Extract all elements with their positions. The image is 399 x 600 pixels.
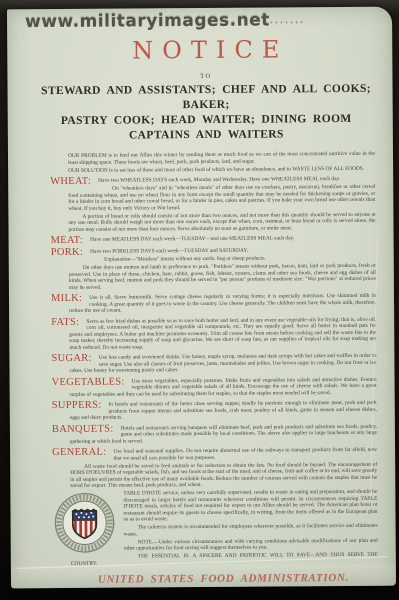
intro-paragraphs: OUR PROBLEM is to feed our Allies this w… bbox=[68, 151, 375, 174]
section-heading: MILK: bbox=[51, 294, 82, 304]
section-heading: FATS: bbox=[51, 317, 79, 327]
notice-section: WHEAT: Have two WHEATLESS DAYS each week… bbox=[68, 176, 375, 233]
section-paragraph: On "wheatless days" and in "wheatless me… bbox=[68, 184, 375, 212]
addressee-line: PASTRY COOK; HEAD WAITER; DINING ROOM bbox=[34, 112, 379, 129]
section-body: Use local and seasonal supplies. Do not … bbox=[70, 447, 378, 567]
us-food-administration-seal-icon bbox=[53, 492, 115, 554]
section-paragraph: In hotels and restaurants of the better … bbox=[70, 400, 377, 422]
section-body: Use it all. Serve buttermilk. Serve cott… bbox=[69, 293, 376, 315]
section-heading: VEGETABLES: bbox=[52, 377, 125, 388]
section-paragraph: A portion of bread or rolls should consi… bbox=[68, 211, 375, 233]
notice-section: GENERAL: Use local and seasonal supplies… bbox=[70, 447, 378, 567]
to-label: TO bbox=[33, 72, 378, 81]
notice-section: SUPPERS: In hotels and restaurants of th… bbox=[70, 400, 377, 422]
section-body: Have one MEATLESS DAY each week—TUESDAY—… bbox=[69, 235, 376, 245]
section-body: Use less candy and sweetened drinks. Use… bbox=[69, 353, 376, 375]
section-paragraph: All waste food should be saved to feed a… bbox=[70, 461, 377, 489]
section-paragraph: On other days use mutton and lamb in pre… bbox=[69, 263, 376, 291]
notice-sections: WHEAT: Have two WHEATLESS DAYS each week… bbox=[34, 176, 382, 567]
section-paragraph: Use local and seasonal supplies. Do not … bbox=[70, 447, 377, 462]
notice-section: PORK: Have two PORKLESS DAYS each week—T… bbox=[69, 247, 376, 291]
section-body: Hotels and restaurants serving banquets … bbox=[70, 423, 377, 445]
section-body: In hotels and restaurants of the better … bbox=[70, 400, 377, 422]
section-heading: BANQUETS: bbox=[52, 424, 114, 434]
intro-solution: OUR SOLUTION is to eat less of these and… bbox=[68, 165, 375, 174]
section-paragraph: Use less candy and sweetened drinks. Use… bbox=[69, 353, 376, 375]
section-paragraph: Hotels and restaurants serving banquets … bbox=[70, 423, 377, 445]
section-paragraph: NOTE.—Under various circumstances and wi… bbox=[71, 537, 378, 552]
notice-section: VEGETABLES: Use more vegetables, especia… bbox=[70, 376, 377, 398]
section-body: Have two PORKLESS DAYS each week—TUESDAY… bbox=[69, 247, 376, 291]
section-paragraph: Have one MEATLESS DAY each week—TUESDAY—… bbox=[69, 235, 376, 244]
section-paragraph: Use it all. Serve buttermilk. Serve cott… bbox=[69, 293, 376, 315]
notice-section: MEAT: Have one MEATLESS DAY each week—TU… bbox=[69, 235, 376, 245]
addressee-line: STEWARD AND ASSISTANTS; CHEF AND ALL COO… bbox=[34, 82, 379, 114]
notice-section: MILK: Use it all. Serve buttermilk. Serv… bbox=[69, 293, 376, 315]
section-heading: MEAT: bbox=[51, 236, 84, 246]
notice-section: BANQUETS: Hotels and restaurants serving… bbox=[70, 423, 377, 445]
section-body: Have two WHEATLESS DAYS each week, Monda… bbox=[68, 176, 375, 233]
watermark: www.militaryimages.net....... bbox=[25, 10, 305, 32]
watermark-trail: ....... bbox=[270, 16, 305, 25]
section-heading: WHEAT: bbox=[50, 177, 91, 187]
paper-fold-bottom bbox=[11, 564, 396, 589]
section-paragraph: Serve as few fried dishes as possible so… bbox=[69, 316, 376, 351]
addressee-line: CAPTAINS AND WAITERS bbox=[34, 127, 379, 144]
section-heading: SUGAR: bbox=[51, 354, 91, 364]
addressee-heading: STEWARD AND ASSISTANTS; CHEF AND ALL COO… bbox=[34, 82, 379, 144]
poster-title: NOTICE bbox=[33, 35, 378, 65]
notice-section: SUGAR: Use less candy and sweetened drin… bbox=[69, 353, 376, 375]
notice-poster: www.militaryimages.net....... NOTICE TO … bbox=[7, 7, 396, 589]
section-paragraph: TABLE D'HOTE service, unless very carefu… bbox=[70, 489, 377, 524]
section-heading: SUPPERS: bbox=[52, 401, 102, 411]
section-heading: GENERAL: bbox=[52, 448, 106, 458]
section-paragraph: The cafeteria system is recommended for … bbox=[71, 523, 378, 538]
section-heading: PORK: bbox=[51, 248, 84, 258]
section-body: Serve as few fried dishes as possible so… bbox=[69, 316, 376, 351]
watermark-text: www.militaryimages.net bbox=[25, 11, 270, 33]
intro-problem: OUR PROBLEM is to feed our Allies this w… bbox=[68, 151, 375, 166]
notice-section: FATS: Serve as few fried dishes as possi… bbox=[69, 316, 376, 351]
photo-background: www.militaryimages.net....... NOTICE TO … bbox=[0, 0, 399, 600]
